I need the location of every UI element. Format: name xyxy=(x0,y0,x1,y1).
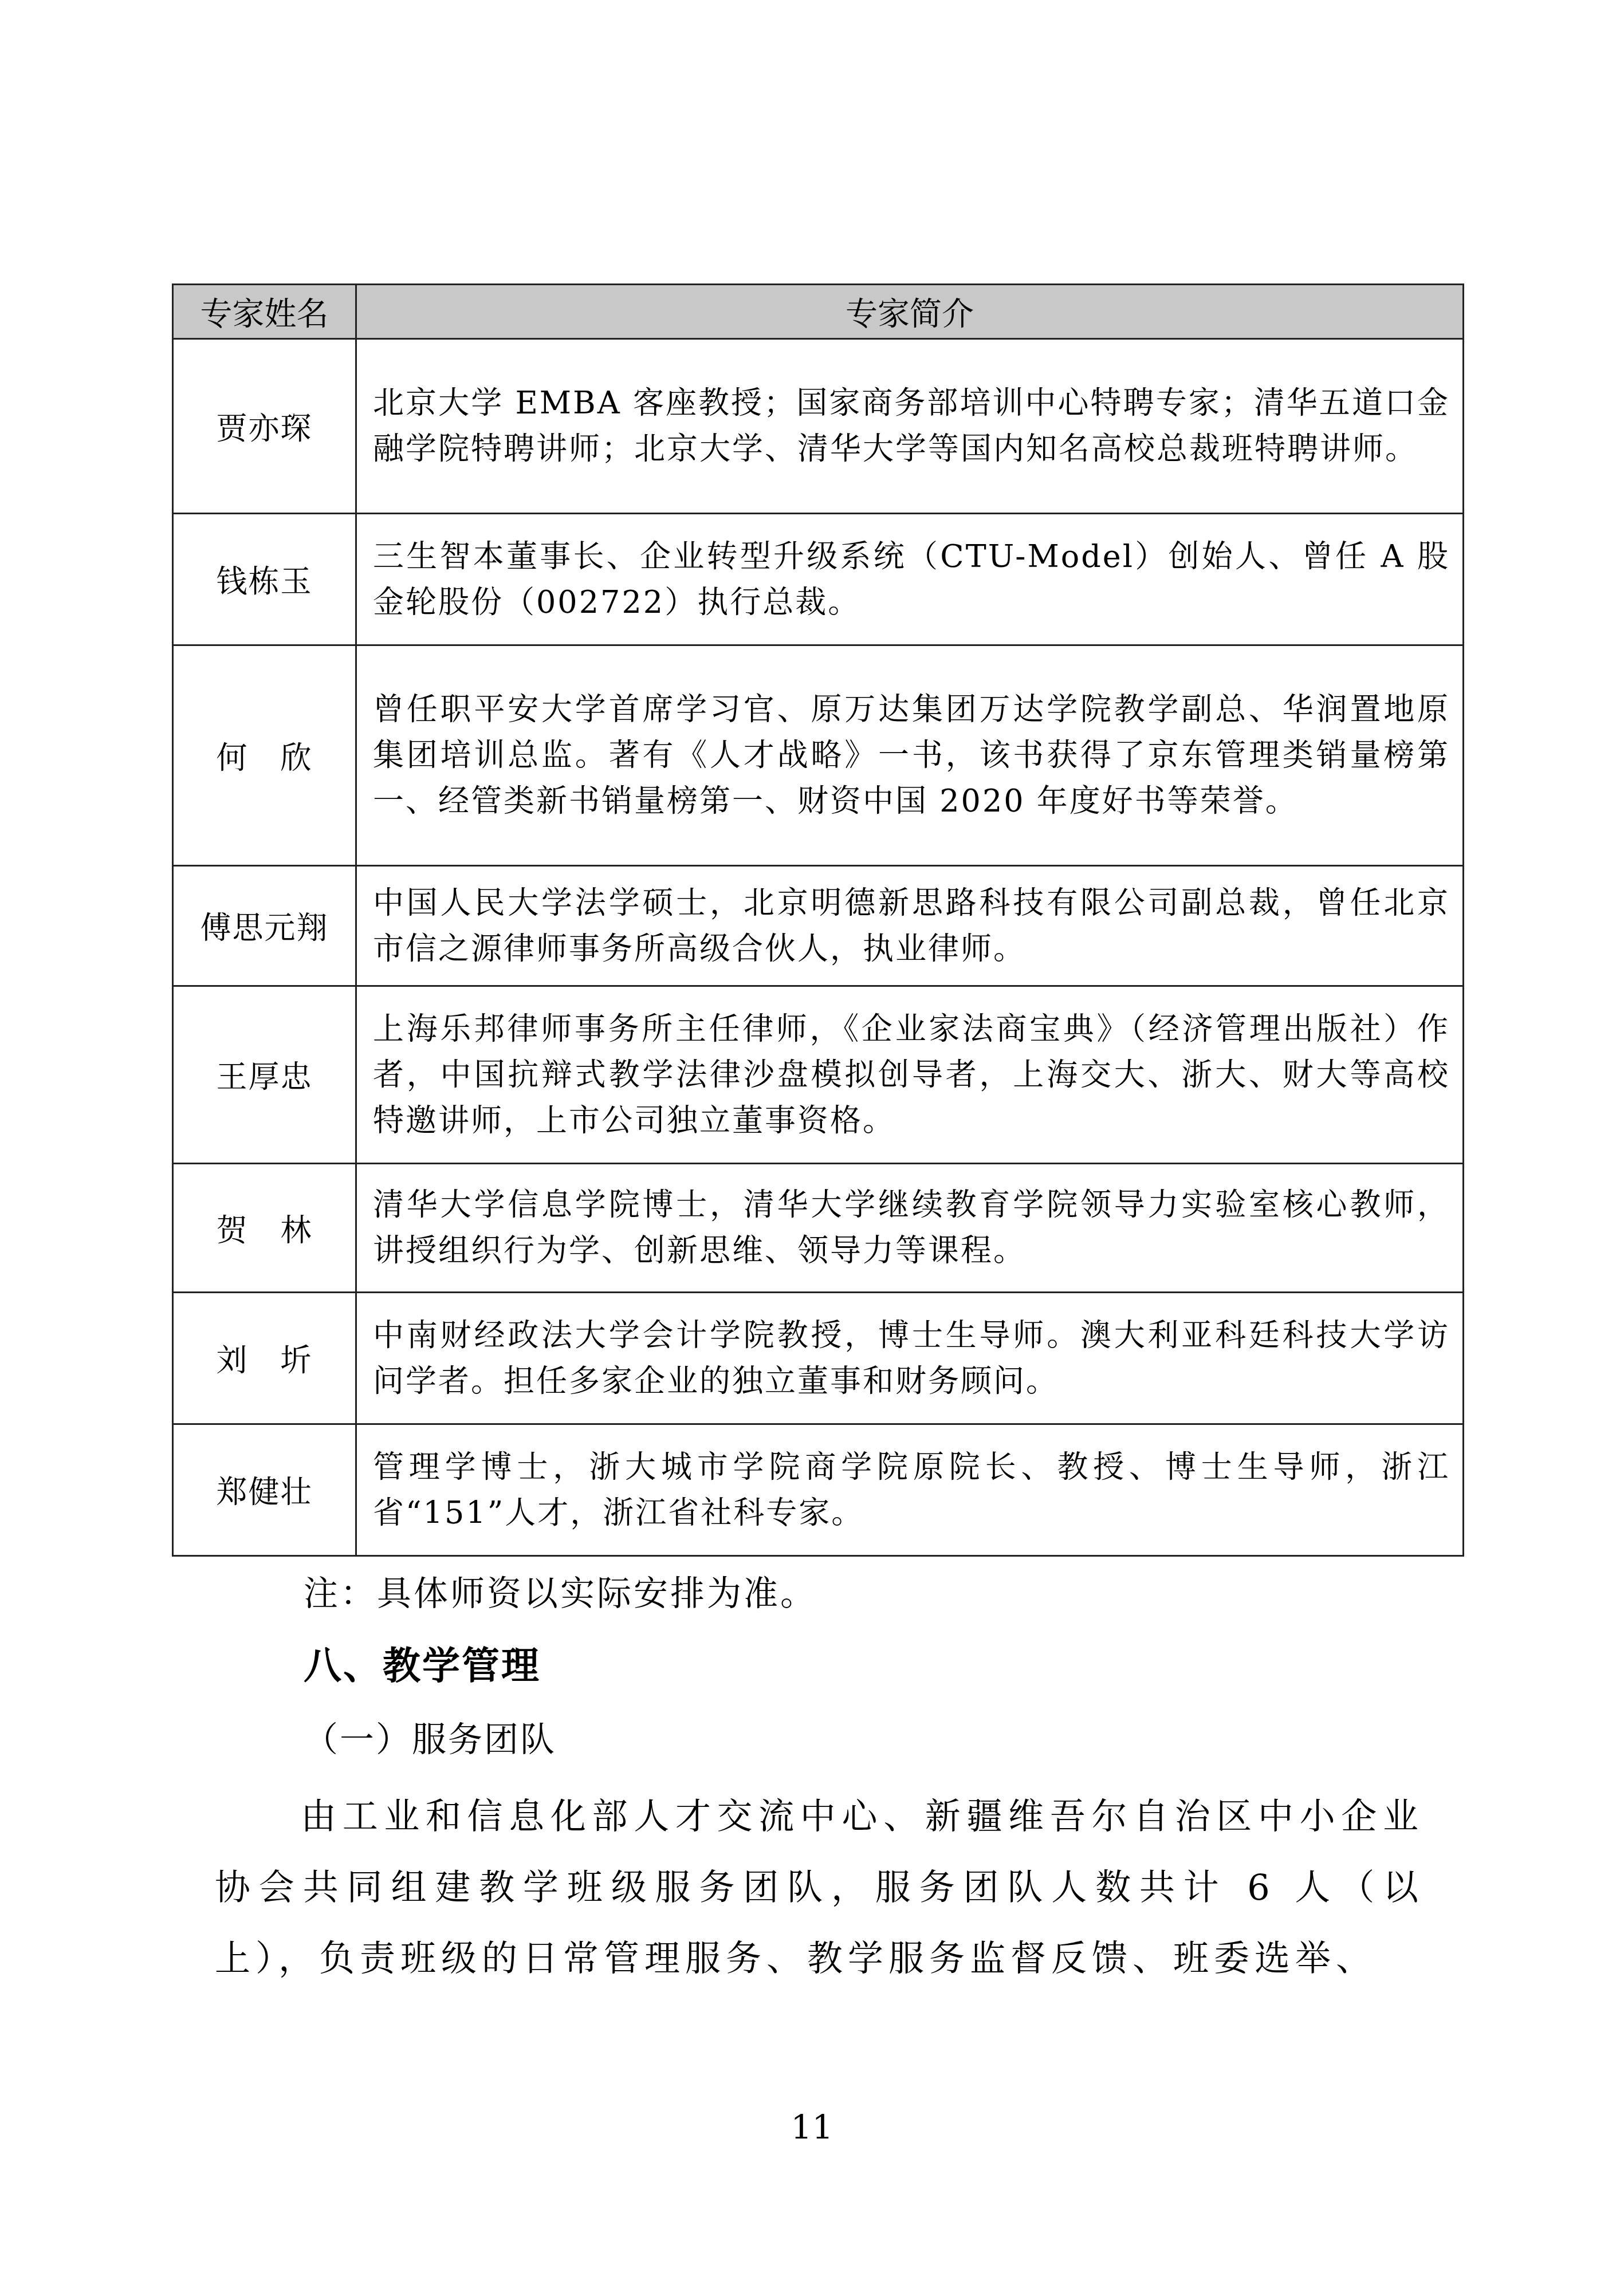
expert-name: 钱栋玉 xyxy=(173,514,356,645)
table-header-row: 专家姓名 专家简介 xyxy=(173,285,1464,339)
table-row: 刘 圻 中南财经政法大学会计学院教授，博士生导师。澳大利亚科廷科技大学访问学者。… xyxy=(173,1293,1464,1424)
expert-name: 刘 圻 xyxy=(173,1293,356,1424)
expert-name: 王厚忠 xyxy=(173,986,356,1164)
header-expert-bio: 专家简介 xyxy=(356,285,1464,339)
table-row: 何 欣 曾任职平安大学首席学习官、原万达集团万达学院教学副总、华润置地原集团培训… xyxy=(173,645,1464,866)
subsection-heading: （一）服务团队 xyxy=(304,1712,556,1762)
expert-bio: 管理学博士，浙大城市学院商学院原院长、教授、博士生导师，浙江省“151”人才，浙… xyxy=(356,1424,1464,1556)
expert-bio: 中南财经政法大学会计学院教授，博士生导师。澳大利亚科廷科技大学访问学者。担任多家… xyxy=(356,1293,1464,1424)
page-number: 11 xyxy=(0,2108,1624,2147)
expert-bio: 曾任职平安大学首席学习官、原万达集团万达学院教学副总、华润置地原集团培训总监。著… xyxy=(356,645,1464,866)
section-heading: 八、教学管理 xyxy=(304,1635,541,1689)
table-row: 王厚忠 上海乐邦律师事务所主任律师，《企业家法商宝典》（经济管理出版社）作者，中… xyxy=(173,986,1464,1164)
table-row: 傅思元翔 中国人民大学法学硕士，北京明德新思路科技有限公司副总裁，曾任北京市信之… xyxy=(173,866,1464,986)
expert-bio: 三生智本董事长、企业转型升级系统（CTU-Model）创始人、曾任 A 股金轮股… xyxy=(356,514,1464,645)
expert-bio: 中国人民大学法学硕士，北京明德新思路科技有限公司副总裁，曾任北京市信之源律师事务… xyxy=(356,866,1464,986)
expert-name: 贾亦琛 xyxy=(173,339,356,514)
expert-bio: 北京大学 EMBA 客座教授；国家商务部培训中心特聘专家；清华五道口金融学院特聘… xyxy=(356,339,1464,514)
expert-name: 郑健壮 xyxy=(173,1424,356,1556)
expert-bio: 清华大学信息学院博士，清华大学继续教育学院领导力实验室核心教师，讲授组织行为学、… xyxy=(356,1164,1464,1293)
table-row: 贺 林 清华大学信息学院博士，清华大学继续教育学院领导力实验室核心教师，讲授组织… xyxy=(173,1164,1464,1293)
body-paragraph: 由工业和信息化部人才交流中心、新疆维吾尔自治区中小企业协会共同组建教学班级服务团… xyxy=(215,1781,1424,1994)
table-row: 郑健壮 管理学博士，浙大城市学院商学院原院长、教授、博士生导师，浙江省“151”… xyxy=(173,1424,1464,1556)
table-row: 钱栋玉 三生智本董事长、企业转型升级系统（CTU-Model）创始人、曾任 A … xyxy=(173,514,1464,645)
expert-name: 贺 林 xyxy=(173,1164,356,1293)
expert-name: 何 欣 xyxy=(173,645,356,866)
expert-table: 专家姓名 专家简介 贾亦琛 北京大学 EMBA 客座教授；国家商务部培训中心特聘… xyxy=(172,283,1464,1557)
table-note: 注：具体师资以实际安排为准。 xyxy=(304,1566,817,1616)
header-expert-name: 专家姓名 xyxy=(173,285,356,339)
expert-name: 傅思元翔 xyxy=(173,866,356,986)
expert-bio: 上海乐邦律师事务所主任律师，《企业家法商宝典》（经济管理出版社）作者，中国抗辩式… xyxy=(356,986,1464,1164)
table-row: 贾亦琛 北京大学 EMBA 客座教授；国家商务部培训中心特聘专家；清华五道口金融… xyxy=(173,339,1464,514)
